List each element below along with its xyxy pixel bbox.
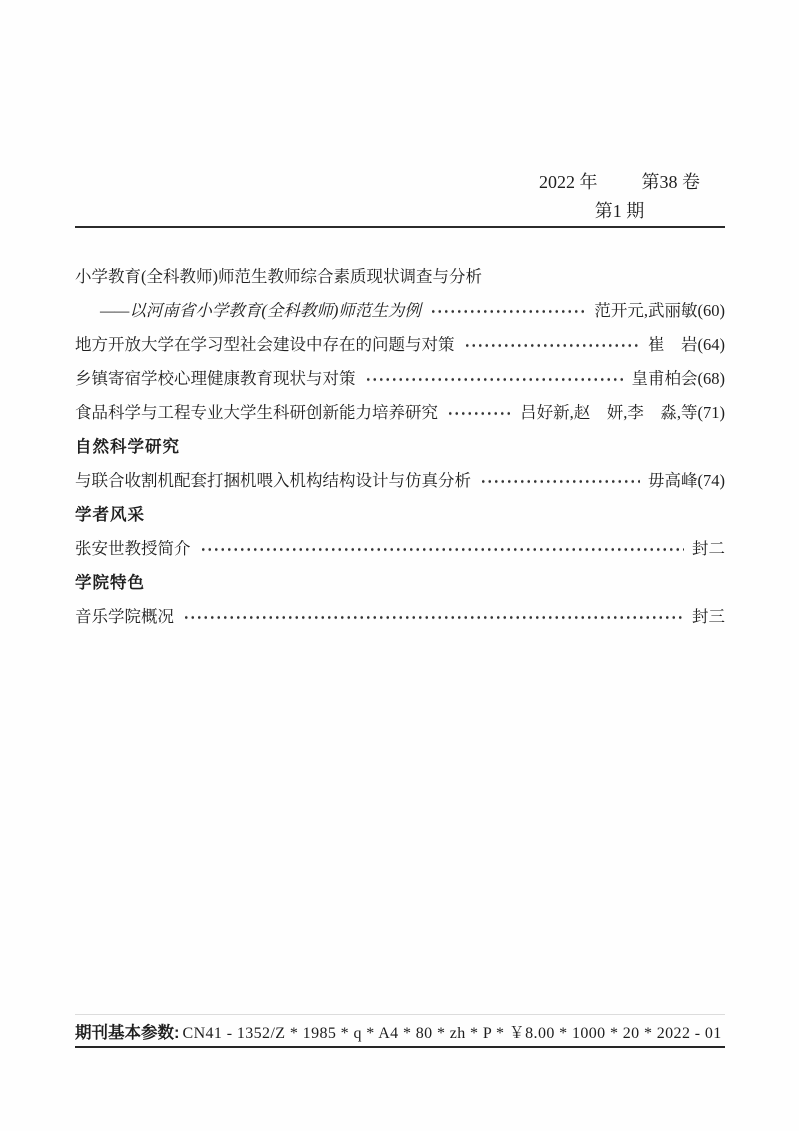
journal-toc-page: 2022 年第38 卷 第1 期 小学教育(全科教师)师范生教师综合素质现状调查… xyxy=(0,0,799,1131)
section-heading-college-features: 学院特色 xyxy=(75,564,725,598)
toc-list: 小学教育(全科教师)师范生教师综合素质现状调查与分析 ——以河南省小学教育(全科… xyxy=(75,258,725,632)
toc-entry-title: 与联合收割机配套打捆机喂入机构结构设计与仿真分析 xyxy=(75,467,471,491)
toc-entry-authors: 皇甫柏会(68) xyxy=(632,365,726,389)
year-volume-line: 2022 年第38 卷 xyxy=(539,168,700,197)
journal-header: 2022 年第38 卷 第1 期 xyxy=(539,168,700,226)
issue-label: 第1 期 xyxy=(539,197,700,226)
toc-entry-page-label: 封三 xyxy=(692,603,725,627)
section-heading-label: 学者风采 xyxy=(75,501,145,525)
header-rule xyxy=(75,226,725,228)
toc-entry-subtitle-row: ——以河南省小学教育(全科教师)师范生为例 范开元,武丽敏(60) xyxy=(75,292,725,326)
footer-params-value: CN41 - 1352/Z * 1985 * q * A4 * 80 * zh … xyxy=(183,1020,722,1043)
toc-entry: 与联合收割机配套打捆机喂入机构结构设计与仿真分析 毋高峰(74) xyxy=(75,462,725,496)
section-heading-scholar-profile: 学者风采 xyxy=(75,496,725,530)
dots-leader xyxy=(181,598,684,632)
dots-leader xyxy=(363,360,624,394)
dots-leader xyxy=(478,462,640,496)
toc-entry-title: 食品科学与工程专业大学生科研创新能力培养研究 xyxy=(75,399,438,423)
journal-parameters-footer: 期刊基本参数: CN41 - 1352/Z * 1985 * q * A4 * … xyxy=(75,1017,725,1045)
toc-entry: 食品科学与工程专业大学生科研创新能力培养研究 吕好新,赵 妍,李 淼,等(71) xyxy=(75,394,725,428)
toc-entry: 张安世教授简介 封二 xyxy=(75,530,725,564)
toc-entry-title: 乡镇寄宿学校心理健康教育现状与对策 xyxy=(75,365,356,389)
toc-entry-title: 小学教育(全科教师)师范生教师综合素质现状调查与分析 xyxy=(75,263,725,287)
section-heading-label: 自然科学研究 xyxy=(75,433,180,457)
toc-entry-title: 张安世教授简介 xyxy=(75,535,191,559)
toc-entry-subtitle: ——以河南省小学教育(全科教师)师范生为例 xyxy=(100,297,421,321)
volume-label: 第38 卷 xyxy=(642,172,701,192)
toc-entry-title: 地方开放大学在学习型社会建设中存在的问题与对策 xyxy=(75,331,455,355)
dots-leader xyxy=(462,326,641,360)
toc-entry-authors: 崔 岩(64) xyxy=(648,331,725,355)
toc-entry: 地方开放大学在学习型社会建设中存在的问题与对策 崔 岩(64) xyxy=(75,326,725,360)
dots-leader xyxy=(428,292,587,326)
footer-rule xyxy=(75,1046,725,1048)
footer-rule-faint xyxy=(75,1014,725,1015)
dots-leader xyxy=(198,530,685,564)
toc-entry-page-label: 封二 xyxy=(692,535,725,559)
toc-entry-authors: 吕好新,赵 妍,李 淼,等(71) xyxy=(520,399,725,423)
toc-entry-authors: 范开元,武丽敏(60) xyxy=(594,297,725,321)
year-label: 2022 年 xyxy=(539,172,598,192)
footer-params-label: 期刊基本参数: xyxy=(75,1019,180,1043)
toc-entry-authors: 毋高峰(74) xyxy=(648,467,725,491)
toc-entry: 音乐学院概况 封三 xyxy=(75,598,725,632)
section-heading-label: 学院特色 xyxy=(75,569,145,593)
toc-entry: 乡镇寄宿学校心理健康教育现状与对策 皇甫柏会(68) xyxy=(75,360,725,394)
section-heading-natural-science: 自然科学研究 xyxy=(75,428,725,462)
dots-leader xyxy=(445,394,512,428)
toc-entry: 小学教育(全科教师)师范生教师综合素质现状调查与分析 xyxy=(75,258,725,292)
toc-entry-title: 音乐学院概况 xyxy=(75,603,174,627)
